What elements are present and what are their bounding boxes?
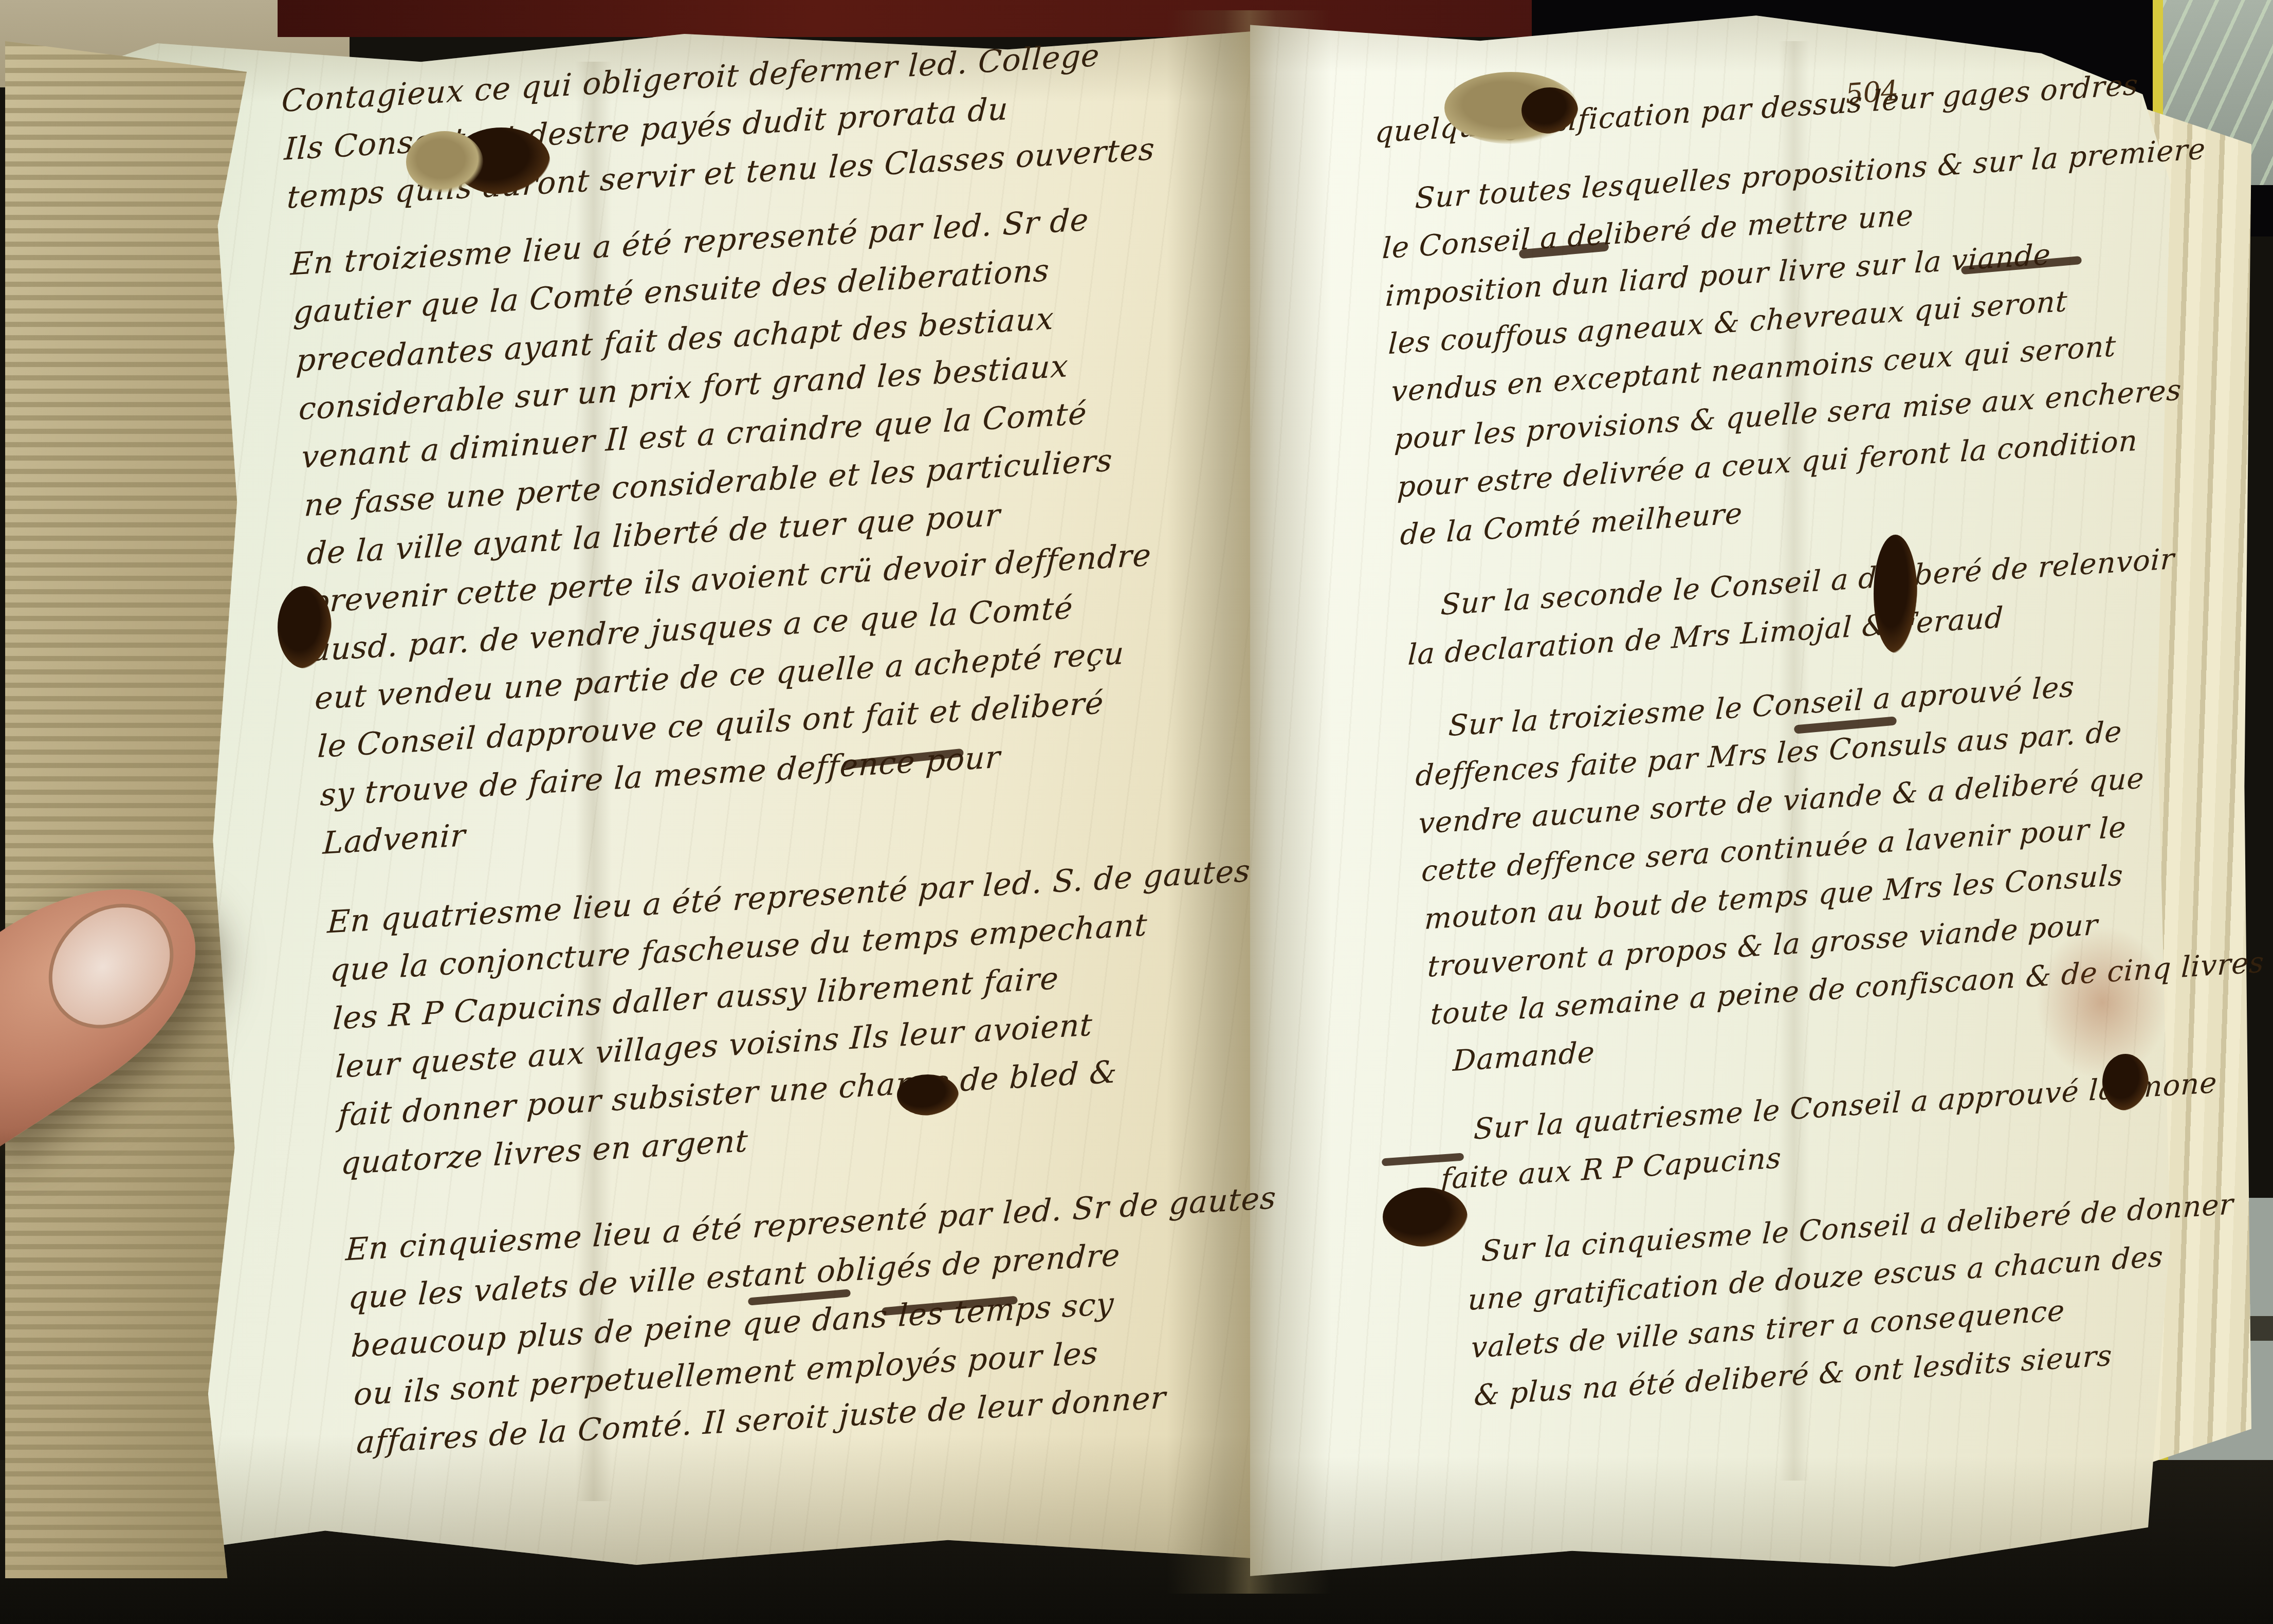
paragraph: En troiziesme lieu a été representé par … xyxy=(289,188,1255,867)
paper-stain xyxy=(406,131,483,193)
paragraph: En quatriesme lieu a été representé par … xyxy=(326,846,1273,1188)
ink-blot xyxy=(1874,535,1917,653)
dark-red-table-band xyxy=(278,0,1624,37)
ink-blot xyxy=(2102,1054,2149,1110)
ink-blot xyxy=(278,586,332,668)
paragraph: Contagieux ce qui obligeroit defermer le… xyxy=(280,25,1219,222)
paragraph: Sur la seconde le Conseil a deliberé de … xyxy=(1403,531,2243,679)
manuscript-photo: 504 Contagieux ce qui obligeroit deferme… xyxy=(0,0,2273,1624)
paper-stain xyxy=(2036,925,2169,1080)
ink-blot xyxy=(897,1074,959,1116)
ink-blot xyxy=(1383,1188,1468,1247)
ink-blot xyxy=(1522,87,1578,134)
right-page-text: quelque gratification par dessus leur ga… xyxy=(1373,57,2273,1421)
left-page-text: Contagieux ce qui obligeroit defermer le… xyxy=(280,25,1289,1467)
left-page-stack-edges xyxy=(5,41,247,1578)
paragraph: Sur toutes lesquelles propositions & sur… xyxy=(1378,125,2235,559)
